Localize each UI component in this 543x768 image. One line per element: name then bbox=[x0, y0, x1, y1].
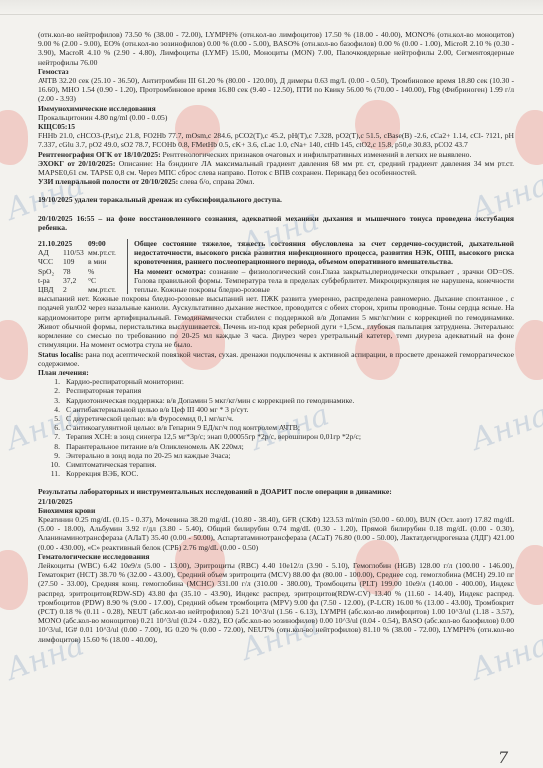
plan-item-text: Парантеральное питание в/в Оликленомель … bbox=[66, 442, 244, 451]
plan-item: 1.Кардио-респираторный мониторинг. bbox=[38, 377, 514, 386]
plan-item-text: Кардио-респираторный мониторинг. bbox=[66, 377, 184, 386]
results-date: 21/10/2025 bbox=[38, 497, 514, 506]
exam-side-paragraph: На момент осмотра: сознание – физиологич… bbox=[134, 267, 514, 295]
plan-item-text: Респираторная терапия bbox=[66, 386, 141, 395]
us-heading: УЗИ плевральной полости от 20/10/2025: bbox=[38, 177, 178, 186]
vital-value: 37,2 bbox=[63, 276, 88, 285]
vitals-time: 09:00 bbox=[88, 239, 106, 248]
plan-item-number: 2. bbox=[38, 386, 66, 395]
plan-item-text: С диуретической целью: в/в Фуросемид 0,1… bbox=[66, 414, 234, 423]
plan-item-number: 3. bbox=[38, 396, 66, 405]
plan-item-text: Кардиотоническая поддержка: в/в Допамин … bbox=[66, 396, 354, 405]
intro-lab-text: (отн.кол-во нейтрофилов) 73.50 % (38.00 … bbox=[38, 30, 514, 67]
vital-unit: мм.рт.ст. bbox=[88, 285, 123, 294]
document-page: (отн.кол-во нейтрофилов) 73.50 % (38.00 … bbox=[38, 30, 514, 644]
vitals-date: 21.10.2025 bbox=[38, 239, 88, 248]
plan-item-number: 6. bbox=[38, 423, 66, 432]
echo-paragraph: ЭХОКГ от 20/10/2025: Описание: На бэндин… bbox=[38, 159, 514, 177]
vitals-row: АД110/53мм.рт.ст. bbox=[38, 248, 123, 257]
plan-item: 11.Коррекция ВЭБ, КОС. bbox=[38, 469, 514, 478]
results-heading: Результаты лабораторных и инструментальн… bbox=[38, 487, 514, 496]
status-heading: Status localis: bbox=[38, 350, 83, 359]
us-paragraph: УЗИ плевральной полости от 20/10/2025: с… bbox=[38, 177, 514, 186]
abg-text: FHHb 21.0, cHCO3-(P,st),c 21.8, FO2Hb 77… bbox=[38, 131, 514, 149]
vital-value: 2 bbox=[63, 285, 88, 294]
plan-item: 5.С диуретической целью: в/в Фуросемид 0… bbox=[38, 414, 514, 423]
plan-item-text: Энтерально в зонд вода по 20-25 мл кажды… bbox=[66, 451, 231, 460]
vital-label: t-ра bbox=[38, 276, 63, 285]
plan-item: 10.Симптоматическая терапия. bbox=[38, 460, 514, 469]
vitals-row: SpO₂78% bbox=[38, 267, 123, 276]
vital-unit: °С bbox=[88, 276, 123, 285]
plan-item-text: Симптоматическая терапия. bbox=[66, 460, 157, 469]
plan-item-text: С антикоагулянтной целью: в/в Гепарин 9 … bbox=[66, 423, 300, 432]
plan-item-number: 1. bbox=[38, 377, 66, 386]
plan-item-number: 4. bbox=[38, 405, 66, 414]
biochem-text: Креатинин 0.25 mg/dL (0.15 - 0.37), Моче… bbox=[38, 515, 514, 552]
hemostasis-text: АЧТВ 32.20 сек (25.10 - 36.50), Антитром… bbox=[38, 76, 514, 104]
vital-value: 109 bbox=[63, 257, 88, 266]
watermark-stamp bbox=[515, 110, 543, 165]
watermark-stamp bbox=[0, 550, 28, 610]
plan-item-number: 11. bbox=[38, 469, 66, 478]
vitals-row: ЦВД2мм.рт.ст. bbox=[38, 285, 123, 294]
vitals-table: 21.10.2025 09:00 АД110/53мм.рт.ст. ЧСС10… bbox=[38, 239, 128, 294]
plan-item: 4.С антибактериальной целью в/в Цеф III … bbox=[38, 405, 514, 414]
immunochem-text: Прокальцитонин 4.80 ng/ml (0.00 - 0.05) bbox=[38, 113, 514, 122]
vital-label: SpO₂ bbox=[38, 267, 63, 276]
immunochem-heading: Иммунохимические исследования bbox=[38, 104, 514, 113]
biochem-heading: Биохимия крови bbox=[38, 506, 514, 515]
vitals-row: t-ра37,2°С bbox=[38, 276, 123, 285]
plan-item: 9.Энтерально в зонд вода по 20-25 мл каж… bbox=[38, 451, 514, 460]
vital-unit: мм.рт.ст. bbox=[88, 248, 123, 257]
plan-item-number: 10. bbox=[38, 460, 66, 469]
watermark-stamp bbox=[0, 110, 28, 165]
plan-item: 8.Парантеральное питание в/в Оликленомел… bbox=[38, 442, 514, 451]
plan-item-number: 7. bbox=[38, 432, 66, 441]
status-paragraph: Status localis: рана под асептической по… bbox=[38, 350, 514, 368]
us-text: слева б/о, справа 20мл. bbox=[178, 177, 254, 186]
xray-heading: Рентгенография ОГК от 18/10/2025: bbox=[38, 150, 161, 159]
plan-item: 3.Кардиотоническая поддержка: в/в Допами… bbox=[38, 396, 514, 405]
plan-item: 6.С антикоагулянтной целью: в/в Гепарин … bbox=[38, 423, 514, 432]
plan-item-number: 8. bbox=[38, 442, 66, 451]
plan-item-text: С антибактериальной целью в/в Цеф III 40… bbox=[66, 405, 248, 414]
xray-text: Рентгенологических признаков очаговых и … bbox=[161, 150, 472, 159]
hematology-heading: Гематологические исследования bbox=[38, 552, 514, 561]
page-number: 7 bbox=[498, 748, 508, 767]
xray-paragraph: Рентгенография ОГК от 18/10/2025: Рентге… bbox=[38, 150, 514, 159]
vital-label: АД bbox=[38, 248, 63, 257]
hemostasis-heading: Гемостаз bbox=[38, 67, 514, 76]
vitals-datetime: 21.10.2025 09:00 bbox=[38, 239, 123, 248]
plan-item-number: 9. bbox=[38, 451, 66, 460]
vital-label: ЧСС bbox=[38, 257, 63, 266]
vitals-row: ЧСС109в мин bbox=[38, 257, 123, 266]
plan-list: 1.Кардио-респираторный мониторинг.2.Респ… bbox=[38, 377, 514, 478]
exam-side-text: Общее состояние тяжелое, тяжесть состоян… bbox=[134, 239, 514, 294]
plan-item-number: 5. bbox=[38, 414, 66, 423]
plan-item-text: Коррекция ВЭБ, КОС. bbox=[66, 469, 138, 478]
vital-unit: % bbox=[88, 267, 123, 276]
hematology-text: Лейкоциты (WBC) 6.42 10e9/л (5.00 - 13.0… bbox=[38, 561, 514, 644]
plan-item-text: Терапия ХСН: в зонд синегра 12,5 мг*3р/с… bbox=[66, 432, 361, 441]
watermark-stamp bbox=[515, 545, 543, 605]
watermark-stamp bbox=[515, 320, 543, 380]
exam-text-full: высыпаний нет. Кожные покровы бледно-роз… bbox=[38, 294, 514, 349]
plan-item: 2.Респираторная терапия bbox=[38, 386, 514, 395]
vital-unit: в мин bbox=[88, 257, 123, 266]
exam-block: 21.10.2025 09:00 АД110/53мм.рт.ст. ЧСС10… bbox=[38, 239, 514, 294]
exam-heading: На момент осмотра: bbox=[134, 267, 206, 276]
scan-top-edge bbox=[0, 0, 543, 15]
vital-value: 78 bbox=[63, 267, 88, 276]
echo-heading: ЭХОКГ от 20/10/2025: bbox=[38, 159, 115, 168]
watermark-stamp bbox=[0, 320, 28, 380]
vital-value: 110/53 bbox=[63, 248, 88, 257]
plan-item: 7.Терапия ХСН: в зонд синегра 12,5 мг*3р… bbox=[38, 432, 514, 441]
general-state: Общее состояние тяжелое, тяжесть состоян… bbox=[134, 239, 514, 267]
abg-heading: КЩС05:15 bbox=[38, 122, 514, 131]
extubation-note: 20/10/2025 16:55 – на фоне восстановленн… bbox=[38, 214, 514, 232]
vital-label: ЦВД bbox=[38, 285, 63, 294]
status-text: рана под асептической повязкой чистая, с… bbox=[38, 350, 514, 368]
plan-heading: План лечения: bbox=[38, 368, 514, 377]
drain-note: 19/10/2025 удален торакальный дренаж из … bbox=[38, 195, 514, 204]
